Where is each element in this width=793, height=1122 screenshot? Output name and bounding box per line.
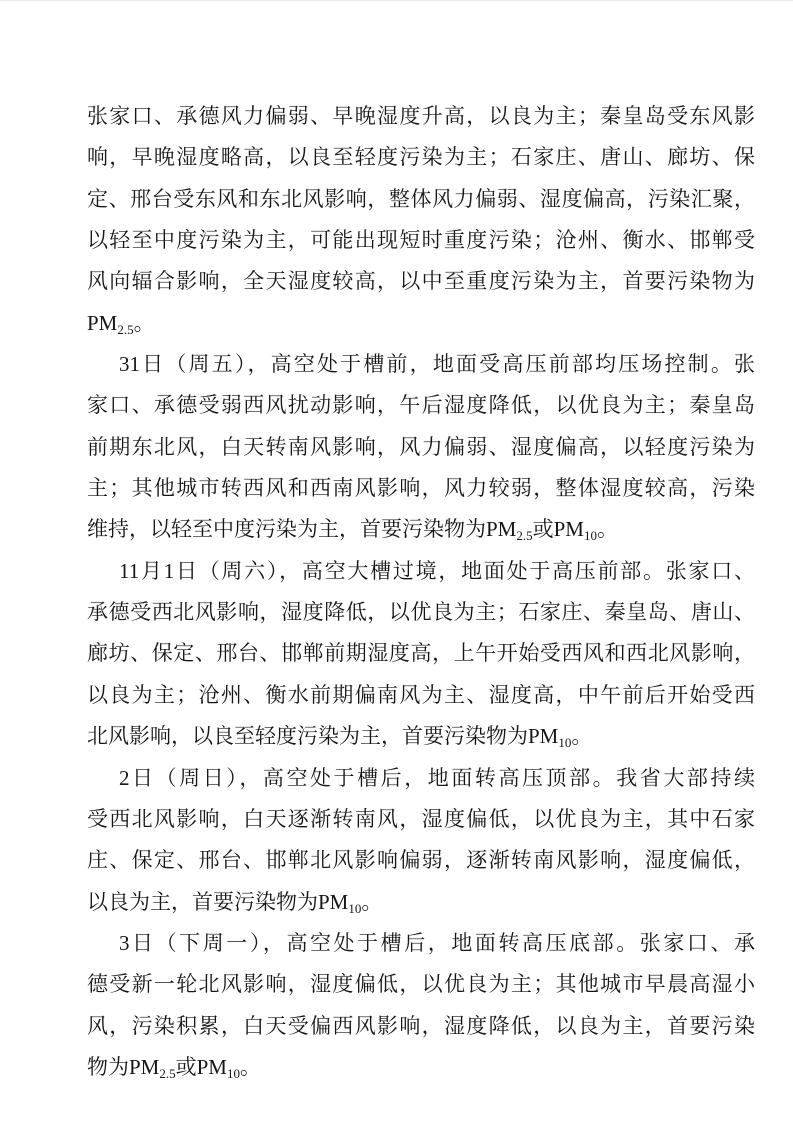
document-body: 张家口、承德风力偏弱、早晚湿度升高，以良为主；秦皇岛受东风影响，早晚湿度略高，以… [87,96,755,1088]
text-line: 北风影响，以良至轻度污染为主，首要污染物为PM10。 [87,716,755,757]
text-line: 31日（周五），高空处于槽前，地面受高压前部均压场控制。张 [87,344,755,385]
paragraph-5: 3日（下周一），高空处于槽后，地面转高压底部。张家口、承德受新一轮北风影响，湿度… [87,923,755,1088]
text-line: 承德受西北风影响，湿度降低，以优良为主；石家庄、秦皇岛、唐山、 [87,592,755,633]
text-line: 物为PM2.5或PM10。 [87,1047,755,1088]
text-line: 3日（下周一），高空处于槽后，地面转高压底部。张家口、承 [87,923,755,964]
paragraph-1: 张家口、承德风力偏弱、早晚湿度升高，以良为主；秦皇岛受东风影响，早晚湿度略高，以… [87,96,755,344]
paragraph-3: 11月1日（周六），高空大槽过境，地面处于高压前部。张家口、承德受西北风影响，湿… [87,551,755,758]
paragraph-4: 2日（周日），高空处于槽后，地面转高压顶部。我省大部持续受西北风影响，白天逐渐转… [87,758,755,923]
text-line: 维持，以轻至中度污染为主，首要污染物为PM2.5或PM10。 [87,509,755,550]
text-line: 风向辐合影响，全天湿度较高，以中至重度污染为主，首要污染物为 [87,261,755,302]
text-line: 以轻至中度污染为主，可能出现短时重度污染；沧州、衡水、邯郸受 [87,220,755,261]
text-line: 主；其他城市转西风和西南风影响，风力较弱，整体湿度较高，污染 [87,468,755,509]
page-top-edge [0,0,793,1]
text-line: 庄、保定、邢台、邯郸北风影响偏弱，逐渐转南风影响，湿度偏低， [87,840,755,881]
text-line: 前期东北风，白天转南风影响，风力偏弱、湿度偏高，以轻度污染为 [87,427,755,468]
text-line: 家口、承德受弱西风扰动影响，午后湿度降低，以优良为主；秦皇岛 [87,385,755,426]
text-line: 定、邢台受东风和东北风影响，整体风力偏弱、湿度偏高，污染汇聚， [87,179,755,220]
text-line: 11月1日（周六），高空大槽过境，地面处于高压前部。张家口、 [87,551,755,592]
text-line: 2日（周日），高空处于槽后，地面转高压顶部。我省大部持续 [87,758,755,799]
text-line: 以良为主，首要污染物为PM10。 [87,882,755,923]
text-line: PM2.5。 [87,303,755,344]
text-line: 廊坊、保定、邢台、邯郸前期湿度高，上午开始受西风和西北风影响， [87,633,755,674]
text-line: 受西北风影响，白天逐渐转南风，湿度偏低，以优良为主，其中石家 [87,799,755,840]
text-line: 响，早晚湿度略高，以良至轻度污染为主；石家庄、唐山、廊坊、保 [87,137,755,178]
text-line: 张家口、承德风力偏弱、早晚湿度升高，以良为主；秦皇岛受东风影 [87,96,755,137]
paragraph-2: 31日（周五），高空处于槽前，地面受高压前部均压场控制。张家口、承德受弱西风扰动… [87,344,755,551]
text-line: 以良为主；沧州、衡水前期偏南风为主、湿度高，中午前后开始受西 [87,675,755,716]
text-line: 德受新一轮北风影响，湿度偏低，以优良为主；其他城市早晨高湿小 [87,964,755,1005]
text-line: 风，污染积累，白天受偏西风影响，湿度降低，以良为主，首要污染 [87,1006,755,1047]
document-page: 张家口、承德风力偏弱、早晚湿度升高，以良为主；秦皇岛受东风影响，早晚湿度略高，以… [0,0,793,1122]
